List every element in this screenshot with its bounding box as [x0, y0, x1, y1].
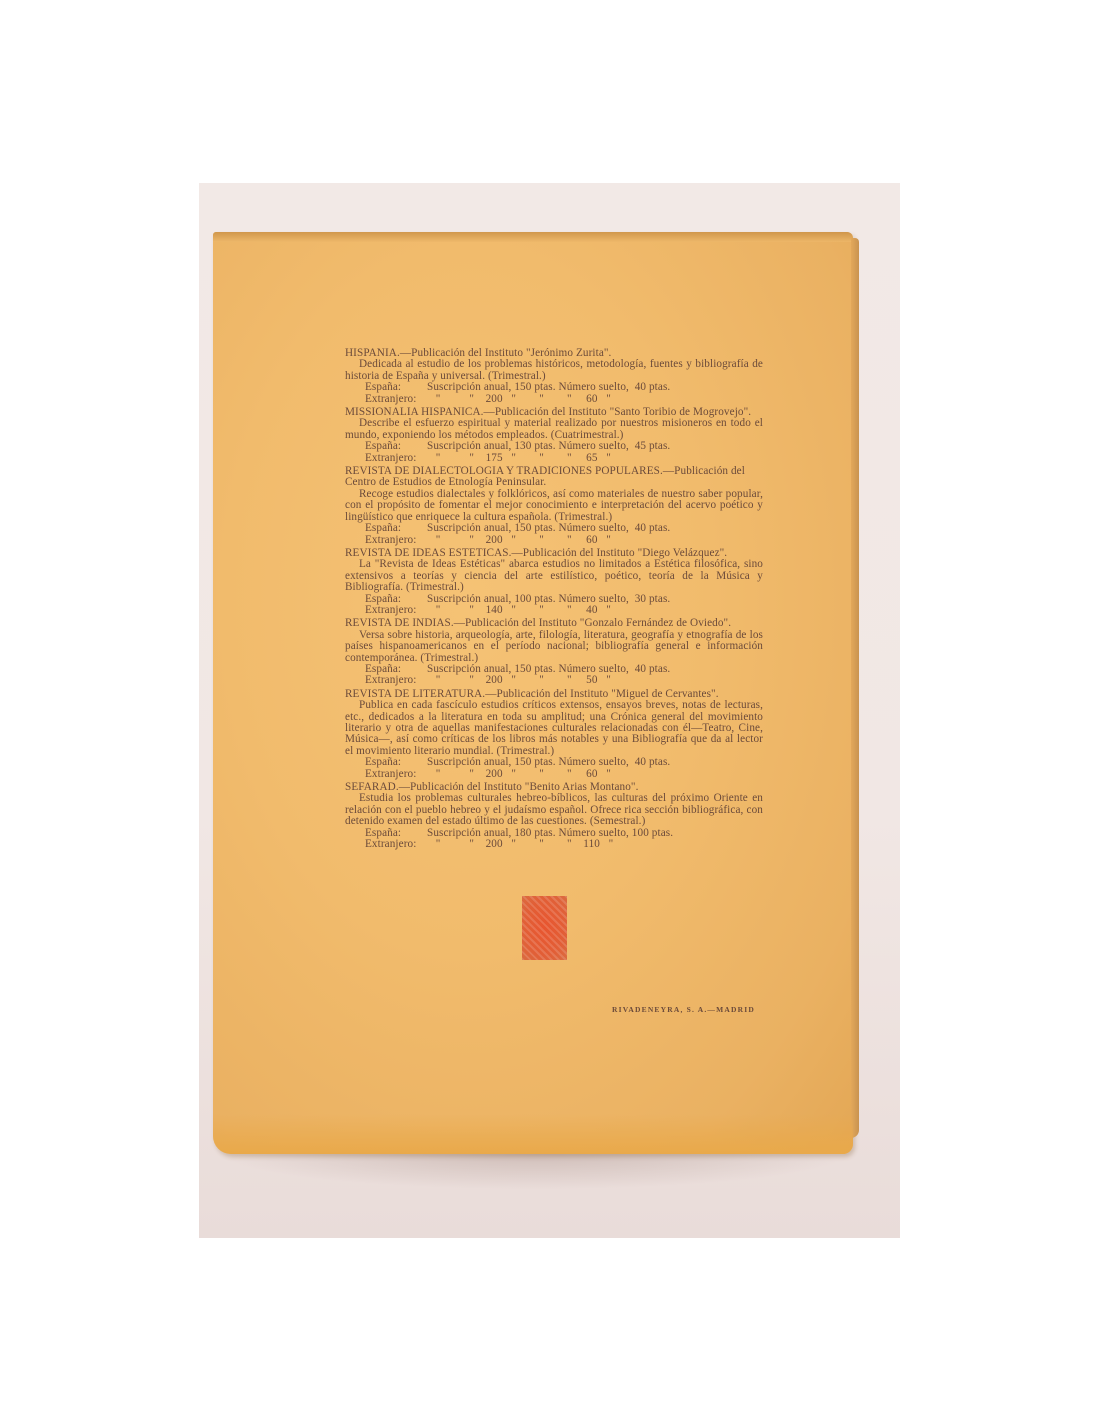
- entry-title: REVISTA DE DIALECTOLOGIA Y TRADICIONES P…: [345, 465, 663, 477]
- entry-missionalia-hispanica: MISSIONALIA HISPANICA.—Publicación del I…: [345, 407, 763, 464]
- entry-revista-literatura: REVISTA DE LITERATURA.—Publicación del I…: [345, 689, 763, 780]
- entry-description: Versa sobre historia, arqueología, arte,…: [345, 630, 763, 664]
- entry-revista-dialectologia: REVISTA DE DIALECTOLOGIA Y TRADICIONES P…: [345, 466, 763, 546]
- printer-imprint: RIVADENEYRA, S. A.—MADRID: [612, 1005, 755, 1014]
- entry-publisher: —Publicación del Instituto "Miguel de Ce…: [485, 688, 718, 700]
- entry-description: Recoge estudios dialectales y folklórico…: [345, 489, 763, 523]
- entry-description: Estudia los problemas culturales hebreo-…: [345, 793, 763, 827]
- price-abroad: Extranjero: " " 200 " " " 50 ": [345, 675, 763, 686]
- entry-description: La "Revista de Ideas Estéticas" abarca e…: [345, 559, 763, 593]
- price-abroad: Extranjero: " " 140 " " " 40 ": [345, 605, 763, 616]
- entry-title: MISSIONALIA HISPANICA.: [345, 406, 484, 418]
- entry-description: Describe el esfuerzo espiritual y materi…: [345, 418, 763, 441]
- publication-list: HISPANIA.—Publicación del Instituto "Jer…: [345, 348, 763, 852]
- entry-publisher: —Publicación del Instituto "Diego Velázq…: [512, 547, 728, 559]
- price-abroad: Extranjero: " " 200 " " " 110 ": [345, 839, 763, 850]
- entry-title: HISPANIA.: [345, 347, 400, 359]
- entry-description: Dedicada al estudio de los problemas his…: [345, 359, 763, 382]
- price-spain: España:Suscripción anual, 150 ptas. Núme…: [345, 382, 763, 393]
- price-spain: España:Suscripción anual, 150 ptas. Núme…: [345, 523, 763, 534]
- book-shadow: [210, 1150, 860, 1190]
- entry-title: REVISTA DE INDIAS.: [345, 617, 454, 629]
- price-spain: España:Suscripción anual, 130 ptas. Núme…: [345, 441, 763, 452]
- entry-revista-indias: REVISTA DE INDIAS.—Publicación del Insti…: [345, 618, 763, 686]
- price-abroad: Extranjero: " " 200 " " " 60 ": [345, 394, 763, 405]
- entry-publisher: —Publicación del Instituto "Santo Toribi…: [484, 406, 752, 418]
- entry-publisher: —Publicación del Instituto "Jerónimo Zur…: [400, 347, 612, 359]
- entry-revista-ideas-esteticas: REVISTA DE IDEAS ESTETICAS.—Publicación …: [345, 548, 763, 616]
- entry-hispania: HISPANIA.—Publicación del Instituto "Jer…: [345, 348, 763, 405]
- entry-description: Publica en cada fascículo estudios críti…: [345, 700, 763, 757]
- entry-publisher: —Publicación del Instituto "Gonzalo Fern…: [454, 617, 731, 629]
- entry-title: SEFARAD.: [345, 781, 399, 793]
- entry-title: REVISTA DE IDEAS ESTETICAS.: [345, 547, 512, 559]
- entry-publisher: —Publicación del Instituto "Benito Arias…: [399, 781, 639, 793]
- price-abroad: Extranjero: " " 200 " " " 60 ": [345, 535, 763, 546]
- publisher-seal-emblem: [522, 896, 567, 960]
- price-abroad: Extranjero: " " 200 " " " 60 ": [345, 769, 763, 780]
- book-edge: [851, 238, 859, 1138]
- entry-sefarad: SEFARAD.—Publicación del Instituto "Beni…: [345, 782, 763, 850]
- price-spain: España:Suscripción anual, 150 ptas. Núme…: [345, 757, 763, 768]
- price-abroad: Extranjero: " " 175 " " " 65 ": [345, 453, 763, 464]
- entry-title: REVISTA DE LITERATURA.: [345, 688, 485, 700]
